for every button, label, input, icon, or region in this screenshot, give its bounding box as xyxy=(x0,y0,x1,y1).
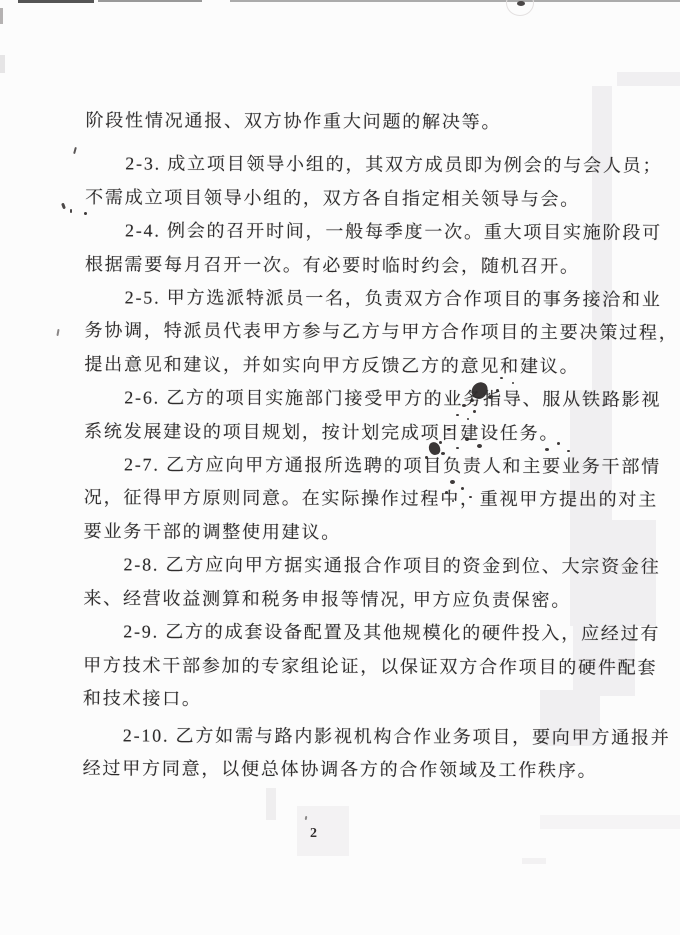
text-line: 2-10. 乙方如需与路内影视机构合作业务项目，要向甲方通报并 xyxy=(83,721,680,746)
text-line: 经过甲方同意，以便总体协调各方的合作领域及工作秩序。 xyxy=(83,754,663,779)
text-line: 2-9. 乙方的成套设备配置及其他规模化的硬件投入，应经过有 xyxy=(83,617,680,642)
text-line: 甲方技术干部参加的专家组论证，以保证双方合作项目的硬件配套 xyxy=(83,651,663,676)
text-line: 2-3. 成立项目领导小组的，其双方成员即为例会的与会人员； xyxy=(85,149,680,174)
page-number: 2 xyxy=(310,826,317,842)
text-line: 要业务干部的调整使用建议。 xyxy=(84,517,664,542)
text-line: 务协调，特派员代表甲方参与乙方与甲方合作项目的主要决策过程， xyxy=(85,316,665,341)
text-line: 况，征得甲方原则同意。在实际操作过程中，重视甲方提出的对主 xyxy=(84,483,664,508)
text-line: 2-8. 乙方应向甲方据实通报合作项目的资金到位、大宗资金往 xyxy=(84,550,680,575)
scanned-document-page: 阶段性情况通报、双方协作重大问题的解决等。 2-3. 成立项目领导小组的，其双方… xyxy=(0,0,680,935)
text-line: 2-7. 乙方应向甲方通报所选聘的项目负责人和主要业务干部情 xyxy=(84,450,680,475)
text-line: 根据需要每月召开一次。有必要时临时约会，随机召开。 xyxy=(85,250,665,275)
text-line: 阶段性情况通报、双方协作重大问题的解决等。 xyxy=(85,106,665,131)
text-line: 系统发展建设的项目规划，按计划完成项目建设任务。 xyxy=(84,417,664,442)
text-line: 2-6. 乙方的项目实施部门接受甲方的业务指导、服从铁路影视 xyxy=(84,383,680,408)
text-line: 来、经营收益测算和税务申报等情况, 甲方应负责保密。 xyxy=(83,584,663,609)
text-line: 和技术接口。 xyxy=(83,684,663,709)
text-line: 提出意见和建议，并如实向甲方反馈乙方的意见和建议。 xyxy=(84,350,664,375)
text-line: 2-4. 例会的召开时间，一般每季度一次。重大项目实施阶段可 xyxy=(85,216,680,241)
document-body: 阶段性情况通报、双方协作重大问题的解决等。 2-3. 成立项目领导小组的，其双方… xyxy=(0,0,680,935)
text-line: 2-5. 甲方选派特派员一名，负责双方合作项目的事务接洽和业 xyxy=(85,283,680,308)
text-line: 不需成立项目领导小组的，双方各自指定相关领导与会。 xyxy=(85,183,665,208)
